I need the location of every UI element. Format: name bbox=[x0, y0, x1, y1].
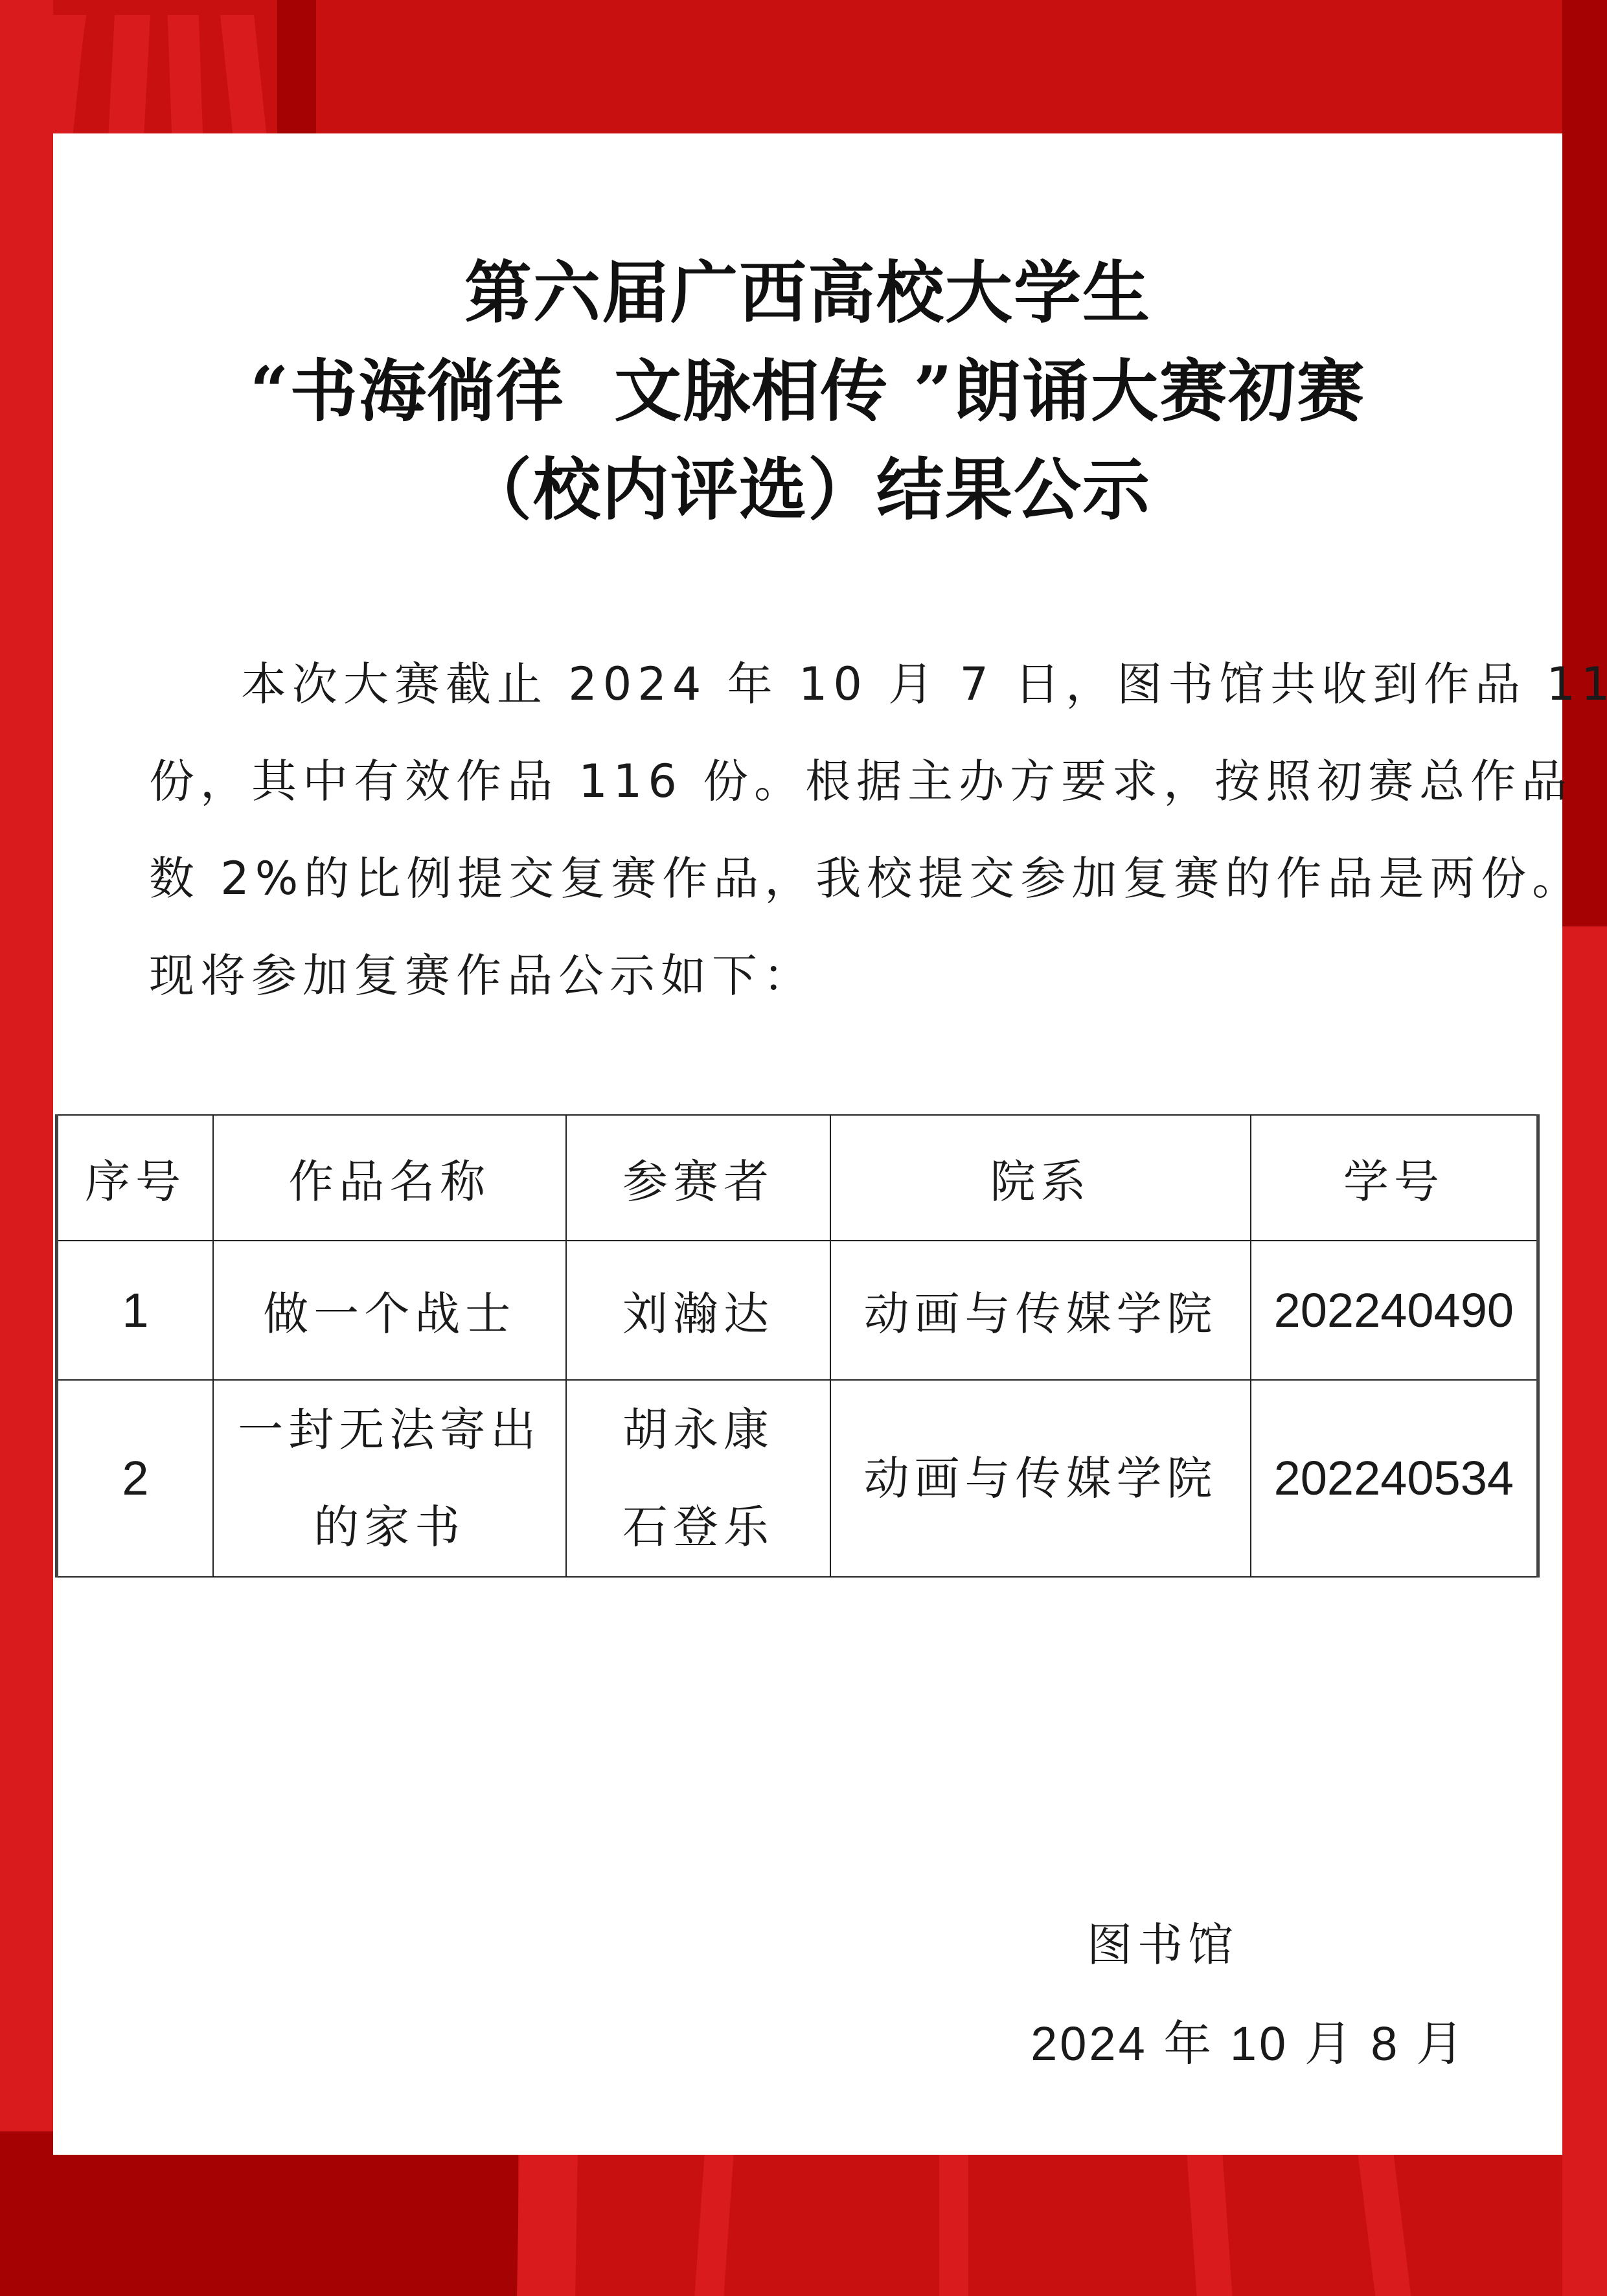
title-line-1: 第六届广西高校大学生 bbox=[53, 244, 1562, 342]
background-ray bbox=[1358, 2155, 1411, 2296]
work-title-text: 做一个战士 bbox=[263, 1287, 516, 1340]
background-ray bbox=[1562, 926, 1607, 2296]
header-department: 院系 bbox=[830, 1115, 1250, 1241]
work-title-line: 一封无法寄出 bbox=[214, 1381, 565, 1478]
work-title-line: 的家书 bbox=[214, 1478, 565, 1576]
cell-work-title: 一封无法寄出 的家书 bbox=[213, 1380, 566, 1577]
background-ray bbox=[517, 2155, 578, 2296]
results-table: 序号 作品名称 参赛者 院系 学号 1 做一个战士 刘瀚达 动画与传媒学院 20… bbox=[55, 1114, 1540, 1578]
signature-organization: 图书馆 bbox=[1087, 1909, 1238, 1974]
background-ray bbox=[0, 0, 53, 2296]
background-ray bbox=[939, 2155, 968, 2296]
cell-department: 动画与传媒学院 bbox=[830, 1241, 1250, 1380]
body-line: 份，其中有效作品 116 份。根据主办方要求，按照初赛总作品 bbox=[149, 733, 1529, 830]
background-ray bbox=[220, 15, 267, 138]
cell-index: 2 bbox=[57, 1380, 213, 1577]
cell-department: 动画与传媒学院 bbox=[830, 1380, 1250, 1577]
table-header-row: 序号 作品名称 参赛者 院系 学号 bbox=[57, 1115, 1538, 1241]
table-row: 1 做一个战士 刘瀚达 动画与传媒学院 202240490 bbox=[57, 1241, 1538, 1380]
participant-name: 胡永康 bbox=[567, 1381, 830, 1478]
notice-body: 本次大赛截止 2024 年 10 月 7 日，图书馆共收到作品 118 份，其中… bbox=[149, 636, 1529, 1024]
cell-participant: 刘瀚达 bbox=[566, 1241, 831, 1380]
background-ray bbox=[168, 15, 203, 138]
cell-student-id: 202240534 bbox=[1251, 1380, 1538, 1577]
title-line-2: “书海徜徉 文脉相传 ”朗诵大赛初赛 bbox=[53, 342, 1562, 441]
background-ray bbox=[694, 2155, 733, 2296]
body-line: 现将参加复赛作品公示如下： bbox=[149, 927, 1529, 1024]
cell-participant: 胡永康 石登乐 bbox=[566, 1380, 831, 1577]
header-work-title: 作品名称 bbox=[213, 1115, 566, 1241]
table-row: 2 一封无法寄出 的家书 胡永康 石登乐 动画与传媒学院 202240534 bbox=[57, 1380, 1538, 1577]
body-line: 本次大赛截止 2024 年 10 月 7 日，图书馆共收到作品 118 bbox=[149, 636, 1529, 733]
signature-date: 2024 年 10 月 8 月 bbox=[1031, 2006, 1466, 2074]
body-line: 数 2%的比例提交复赛作品，我校提交参加复赛的作品是两份。 bbox=[149, 830, 1529, 927]
background-ray bbox=[1567, 2155, 1607, 2296]
notice-card: 第六届广西高校大学生 “书海徜徉 文脉相传 ”朗诵大赛初赛 （校内评选）结果公示… bbox=[53, 133, 1562, 2155]
notice-title: 第六届广西高校大学生 “书海徜徉 文脉相传 ”朗诵大赛初赛 （校内评选）结果公示 bbox=[53, 244, 1562, 539]
background-ray bbox=[108, 15, 150, 138]
participant-name: 刘瀚达 bbox=[622, 1287, 774, 1340]
header-student-id: 学号 bbox=[1251, 1115, 1538, 1241]
cell-work-title: 做一个战士 bbox=[213, 1241, 566, 1380]
background-dark-band bbox=[0, 2155, 518, 2296]
participant-name: 石登乐 bbox=[567, 1478, 830, 1576]
cell-index: 1 bbox=[57, 1241, 213, 1380]
background-dark-band bbox=[277, 0, 316, 136]
header-participant: 参赛者 bbox=[566, 1115, 831, 1241]
header-index: 序号 bbox=[57, 1115, 213, 1241]
title-line-3: （校内评选）结果公示 bbox=[53, 441, 1562, 539]
background-ray bbox=[1187, 2155, 1232, 2296]
cell-student-id: 202240490 bbox=[1251, 1241, 1538, 1380]
